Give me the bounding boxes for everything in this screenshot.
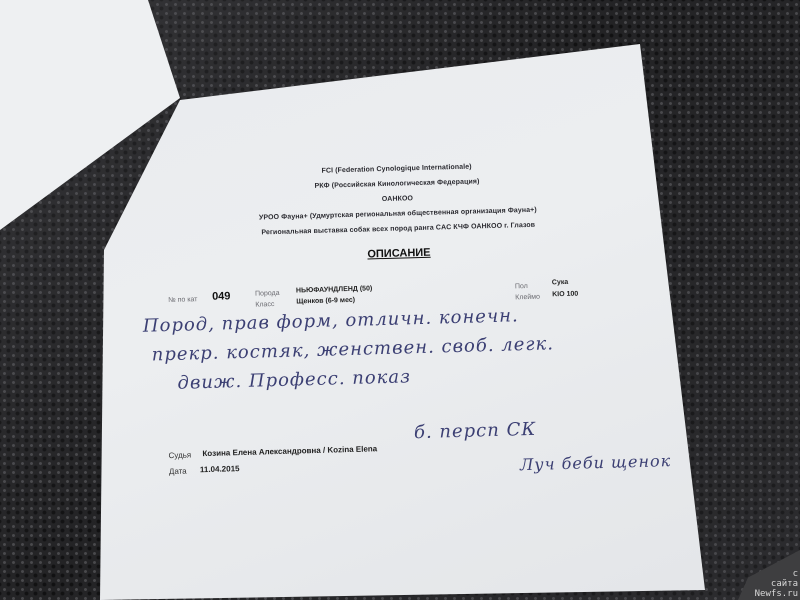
class-value: Щенков (6-9 мес)	[296, 297, 355, 306]
watermark-line-3: Newfs.ru	[755, 589, 798, 599]
handwritten-grade-line-1: б. персп СК	[414, 419, 537, 443]
sex-value: Сука	[552, 279, 569, 286]
sex-label: Пол	[515, 283, 528, 290]
date-label: Дата	[169, 467, 187, 476]
judge-label: Судья	[168, 450, 191, 460]
class-label: Класс	[255, 301, 274, 309]
catalog-number: 049	[212, 290, 231, 303]
description-document: FCI (Federation Cynologique Internationa…	[116, 133, 687, 548]
handwritten-description-line-3: движ. Професс. показ	[177, 366, 411, 394]
handwritten-grade-line-2: Луч беби щенок	[520, 451, 672, 474]
breed-value: НЬЮФАУНДЛЕНД (50)	[296, 285, 372, 294]
handwritten-description-line-2: прекр. костяк, женствен. своб. легк.	[151, 333, 554, 365]
catalog-label: № по кат	[168, 296, 197, 304]
watermark-text: с сайта Newfs.ru	[755, 569, 798, 599]
brand-value: KIO 100	[552, 291, 578, 299]
judge-name: Козина Елена Александровна / Kozina Elen…	[202, 444, 377, 458]
page-title: ОПИСАНИЕ	[119, 240, 679, 268]
handwritten-description-line-1: Пород, прав форм, отличн. конечн.	[143, 305, 519, 336]
date-value: 11.04.2015	[200, 464, 240, 474]
watermark-line-1: с	[755, 569, 798, 579]
brand-label: Клеймо	[515, 294, 540, 302]
breed-label: Порода	[255, 290, 280, 298]
watermark-line-2: сайта	[755, 579, 798, 589]
